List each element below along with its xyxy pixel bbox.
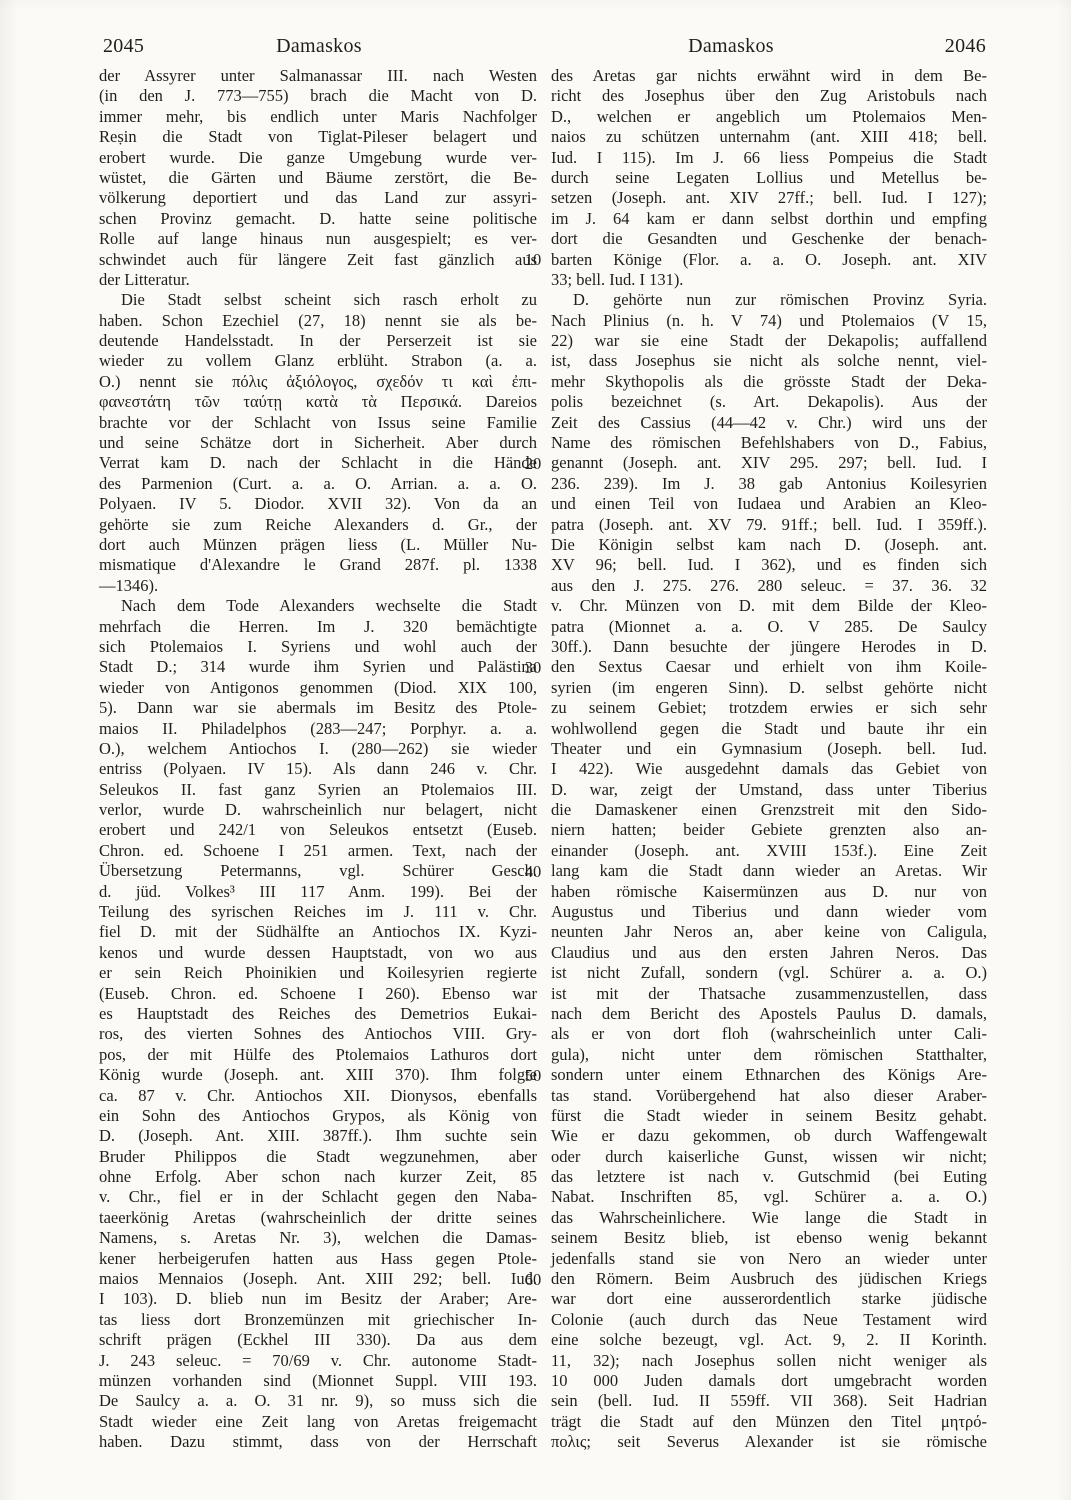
text-line: aus den J. 275. 276. 280 seleuc. = 37. 3… [551, 576, 987, 596]
text-line: O.) nennt sie πόλις ἀξιόλογος, σχεδόν τι… [99, 372, 537, 392]
text-line: der Assyrer unter Salmanassar III. nach … [99, 66, 537, 86]
text-line: (in den J. 773—755) brach die Macht von … [99, 86, 537, 106]
text-line: Rolle auf lange hinaus nun ausgespielt; … [99, 229, 537, 249]
text-line: Stadt wieder eine Zeit lang von Aretas f… [99, 1412, 537, 1432]
text-line: 10 000 Juden damals dort umgebracht word… [551, 1371, 987, 1391]
text-line: Colonie (auch durch das Neue Testament w… [551, 1310, 987, 1330]
text-line: wieder von Antigonos genommen (Diod. XIX… [99, 678, 537, 698]
text-line: fürst die Stadt wieder in seinem Besitz … [551, 1106, 987, 1126]
text-line: des Aretas gar nichts erwähnt wird in de… [551, 66, 987, 86]
text-line: richt des Josephus über den Zug Aristobu… [551, 86, 987, 106]
running-title-left: Damaskos [100, 33, 538, 59]
text-line: Nabat. Inschriften 85, vgl. Schürer a. a… [551, 1187, 987, 1207]
text-line: und seine Schätze dort in Sicherheit. Ab… [99, 433, 537, 453]
text-line: Name des römischen Befehlshabers von D.,… [551, 433, 987, 453]
column-number-right: 2046 [900, 33, 986, 59]
text-line: Bruder Philippos die Stadt wegzunehmen, … [99, 1147, 537, 1167]
text-line: schrift prägen (Eckhel III 330). Da aus … [99, 1330, 537, 1350]
text-line: 236. 239). Im J. 38 gab Antonius Koilesy… [551, 474, 987, 494]
text-line: den Sextus Caesar und erhielt von ihm Ko… [551, 657, 987, 677]
text-line: ca. 87 v. Chr. Antiochos XII. Dionysos, … [99, 1086, 537, 1106]
text-line: 11, 32); nach Josephus sollen nicht weni… [551, 1351, 987, 1371]
text-line: als er von dort floh (wahrscheinlich unt… [551, 1024, 987, 1044]
text-line: mehr Skythopolis als die grösste Stadt d… [551, 372, 987, 392]
text-line: v. Chr., fiel er in der Schlacht gegen d… [99, 1187, 537, 1207]
text-line: maios II. Philadelphos (283—247; Porphyr… [99, 719, 537, 739]
text-line: völkerung deportiert und das Land zur as… [99, 188, 537, 208]
text-line: sondern unter einem Ethnarchen des König… [551, 1065, 987, 1085]
text-line: Iud. I 115). Im J. 66 liess Pompeius die… [551, 148, 987, 168]
text-line: D. gehörte nun zur römischen Provinz Syr… [551, 290, 987, 310]
gutter-line-numbers: 102030405060 [517, 66, 549, 1466]
text-line: das letztere ist nach v. Gutschmid (bei … [551, 1167, 987, 1187]
text-line: Chron. ed. Schoene I 251 armen. Text, na… [99, 841, 537, 861]
text-line: J. 243 seleuc. = 70/69 v. Chr. autonome … [99, 1351, 537, 1371]
text-line: das Wahrscheinlichere. Wie lange die Sta… [551, 1208, 987, 1228]
text-line: der Litteratur. [99, 270, 537, 290]
text-line: Die Stadt selbst scheint sich rasch erho… [99, 290, 537, 310]
text-line: trägt die Stadt auf den Münzen den Titel… [551, 1412, 987, 1432]
text-line: tas liess dort Bronzemünzen mit griechis… [99, 1310, 537, 1330]
gutter-line-number: 30 [517, 658, 549, 678]
text-line: Übersetzung Petermanns, vgl. Schürer Ges… [99, 861, 537, 881]
text-line: 5). Dann war sie abermals im Besitz des … [99, 698, 537, 718]
text-line: ein Sohn des Antiochos Grypos, als König… [99, 1106, 537, 1126]
text-line: setzen (Joseph. ant. XIV 27ff.; bell. Iu… [551, 188, 987, 208]
text-line: maios Mennaios (Joseph. Ant. XIII 292; b… [99, 1269, 537, 1289]
text-line: die Damaskener einen Grenzstreit mit den… [551, 800, 987, 820]
text-line: De Saulcy a. a. O. 31 nr. 9), so muss si… [99, 1391, 537, 1411]
text-line: nach dem Bericht des Apostels Paulus D. … [551, 1004, 987, 1024]
text-line: schwindet auch für längere Zeit fast gän… [99, 250, 537, 270]
text-line: mismatique d'Alexandre le Grand 287f. pl… [99, 555, 537, 575]
gutter-line-number: 60 [517, 1270, 549, 1290]
text-line: brachte vor der Schlacht von Issus seine… [99, 413, 537, 433]
text-line: ros, des vierten Sohnes des Antiochos VI… [99, 1024, 537, 1044]
text-line: niern hatten; beider Gebiete grenzten al… [551, 820, 987, 840]
text-line: erobert und 242/1 von Seleukos entsetzt … [99, 820, 537, 840]
text-line: fiel D. mit der Südhälfte an Antiochos I… [99, 922, 537, 942]
text-line: patra (Mionnet a. a. O. V 285. De Saulcy [551, 617, 987, 637]
text-line: neunten Jahr Neros an, aber keine von Ca… [551, 922, 987, 942]
text-line: wieder zu vollem Glanz erblüht. Strabon … [99, 351, 537, 371]
text-line: haben römische Kaisermünzen aus D. nur v… [551, 882, 987, 902]
text-column-left: der Assyrer unter Salmanassar III. nach … [99, 66, 537, 1453]
text-line: taeerkönig Aretas (wahrscheinlich der dr… [99, 1208, 537, 1228]
text-line: deutende Handelsstadt. In der Perserzeit… [99, 331, 537, 351]
text-line: verlor, wurde D. wahrscheinlich nur bela… [99, 800, 537, 820]
text-line: oder durch kaiserliche Gunst, wissen wir… [551, 1147, 987, 1167]
text-line: haben. Dazu stimmt, dass von der Herrsch… [99, 1432, 537, 1452]
text-line: Zeit des Cassius (44—42 v. Chr.) wird un… [551, 413, 987, 433]
gutter-line-number: 50 [517, 1066, 549, 1086]
text-line: lang kam die Stadt dann wieder an Aretas… [551, 861, 987, 881]
text-line: gula), nicht unter dem römischen Stattha… [551, 1045, 987, 1065]
text-line: war dort eine ausserordentlich starke jü… [551, 1289, 987, 1309]
text-line: pos, der mit Hülfe des Ptolemaios Lathur… [99, 1045, 537, 1065]
text-line: —1346). [99, 576, 537, 596]
text-line: patra (Joseph. ant. XV 79. 91ff.; bell. … [551, 515, 987, 535]
text-line: Polyaen. IV 5. Diodor. XVII 32). Von da … [99, 494, 537, 514]
text-line: einander (Joseph. ant. XVIII 153f.). Ein… [551, 841, 987, 861]
text-line: D. war, zeigt der Umstand, dass unter Ti… [551, 780, 987, 800]
text-line: er sein Reich Phoinikien und Koilesyrien… [99, 963, 537, 983]
gutter-line-number: 10 [517, 250, 549, 270]
text-line: Nach Plinius (n. h. V 74) und Ptolemaios… [551, 311, 987, 331]
scanned-encyclopedia-page: 2045 Damaskos Damaskos 2046 der Assyrer … [0, 0, 1071, 1500]
text-line: eine solche bezeugt, vgl. Act. 9, 2. II … [551, 1330, 987, 1350]
text-line: syrien (im engeren Sinn). D. selbst gehö… [551, 678, 987, 698]
text-line: polis bezeichnet (s. Art. Dekapolis). Au… [551, 392, 987, 412]
text-line: den Römern. Beim Ausbruch des jüdischen … [551, 1269, 987, 1289]
text-line: D., welchen er angeblich um Ptolemaios M… [551, 107, 987, 127]
text-line: Teilung des syrischen Reiches im J. 111 … [99, 902, 537, 922]
text-column-right: des Aretas gar nichts erwähnt wird in de… [551, 66, 987, 1453]
text-line: zu seinem Gebiet; trotzdem erwies er sic… [551, 698, 987, 718]
text-line: und einen Teil von Iudaea und Arabien an… [551, 494, 987, 514]
text-line: dort die Gesandten und Geschenke der ben… [551, 229, 987, 249]
text-line: v. Chr. Münzen von D. mit dem Bilde der … [551, 596, 987, 616]
text-line: tas stand. Vorübergehend hat also dieser… [551, 1086, 987, 1106]
text-line: sein (bell. Iud. II 559ff. VII 368). Sei… [551, 1391, 987, 1411]
text-line: es Hauptstadt des Reiches des Demetrios … [99, 1004, 537, 1024]
text-line: König wurde (Joseph. ant. XIII 370). Ihm… [99, 1065, 537, 1085]
text-line: ohne Erfolg. Aber schon nach kurzer Zeit… [99, 1167, 537, 1187]
text-line: haben. Schon Ezechiel (27, 18) nennt sie… [99, 311, 537, 331]
text-line: 22) war sie eine Stadt der Dekapolis; au… [551, 331, 987, 351]
text-line: dort auch Münzen prägen liess (L. Müller… [99, 535, 537, 555]
text-line: ist, dass Josephus sie nicht als solche … [551, 351, 987, 371]
text-line: πολις; seit Severus Alexander ist sie rö… [551, 1432, 987, 1452]
text-line: erobert wurde. Die ganze Umgebung wurde … [99, 148, 537, 168]
text-line: (Euseb. Chron. ed. Schoene I 260). Ebens… [99, 984, 537, 1004]
text-line: ist mit der Thatsache zusammenzustellen,… [551, 984, 987, 1004]
text-line: schen Provinz gemacht. D. hatte seine po… [99, 209, 537, 229]
text-line: I 422). Wie ausgedehnt damals das Gebiet… [551, 759, 987, 779]
text-line: kener herbeigerufen hatten aus Hass gege… [99, 1249, 537, 1269]
text-line: jedenfalls stand sie von Nero an wieder … [551, 1249, 987, 1269]
gutter-line-number: 20 [517, 454, 549, 474]
text-line: wüstet, die Gärten und Bäume zerstört, d… [99, 168, 537, 188]
text-line: D. (Joseph. Ant. XIII. 387ff.). Ihm such… [99, 1126, 537, 1146]
text-line: d. jüd. Volkes³ III 117 Anm. 199). Bei d… [99, 882, 537, 902]
text-line: im J. 64 kam er dann selbst dorthin und … [551, 209, 987, 229]
text-line: Verrat kam D. nach der Schlacht in die H… [99, 453, 537, 473]
text-line: wohlwollend gegen die Stadt und baute ih… [551, 719, 987, 739]
text-line: Wie er dazu gekommen, ob durch Waffengew… [551, 1126, 987, 1146]
text-line: Reṣin die Stadt von Tiglat-Pileser belag… [99, 127, 537, 147]
text-line: Stadt D.; 314 wurde ihm Syrien und Paläs… [99, 657, 537, 677]
text-line: barten Könige (Flor. a. a. O. Joseph. an… [551, 250, 987, 270]
text-line: Theater und ein Gymnasium (Joseph. bell.… [551, 739, 987, 759]
text-line: sich Ptolemaios I. Syriens und wohl auch… [99, 637, 537, 657]
text-line: 33; bell. Iud. I 131). [551, 270, 987, 290]
text-line: Nach dem Tode Alexanders wechselte die S… [99, 596, 537, 616]
running-title-right: Damaskos [551, 33, 911, 59]
text-line: Claudius und aus den ersten Jahren Neros… [551, 943, 987, 963]
text-line: Namens, s. Aretas Nr. 3), welchen die Da… [99, 1228, 537, 1248]
text-line: I 103). D. blieb nun im Besitz der Arabe… [99, 1289, 537, 1309]
gutter-line-number: 40 [517, 862, 549, 882]
text-line: kenos und wurde dessen Hauptstadt, von w… [99, 943, 537, 963]
text-line: ist nicht Zufall, sondern (vgl. Schürer … [551, 963, 987, 983]
text-line: entriss (Polyaen. IV 15). Als dann 246 v… [99, 759, 537, 779]
text-line: Augustus und Tiberius und dann wieder vo… [551, 902, 987, 922]
text-line: O.), welchem Antiochos I. (280—262) sie … [99, 739, 537, 759]
text-line: φανεστάτη τῶν ταύτῃ κατὰ τὰ Περσικά. Dar… [99, 392, 537, 412]
text-line: münzen vorhanden sind (Mionnet Suppl. VI… [99, 1371, 537, 1391]
text-line: XV 96; bell. Iud. I 362), und es finden … [551, 555, 987, 575]
text-line: Seleukos II. fast ganz Syrien an Ptolema… [99, 780, 537, 800]
text-line: genannt (Joseph. ant. XIV 295. 297; bell… [551, 453, 987, 473]
text-line: des Parmenion (Curt. a. a. O. Arrian. a.… [99, 474, 537, 494]
text-line: seinem Besitz blieb, ist ebenso wenig be… [551, 1228, 987, 1248]
text-line: gehörte sie zum Reiche Alexanders d. Gr.… [99, 515, 537, 535]
text-line: Die Königin selbst kam nach D. (Joseph. … [551, 535, 987, 555]
text-line: immer mehr, bis endlich unter Maris Nach… [99, 107, 537, 127]
text-line: durch seine Legaten Lollius und Metellus… [551, 168, 987, 188]
text-line: naios zu schützen unternahm (ant. XIII 4… [551, 127, 987, 147]
text-line: 30ff.). Dann besuchte der jüngere Herode… [551, 637, 987, 657]
text-line: mehrfach die Herren. Im J. 320 bemächtig… [99, 617, 537, 637]
